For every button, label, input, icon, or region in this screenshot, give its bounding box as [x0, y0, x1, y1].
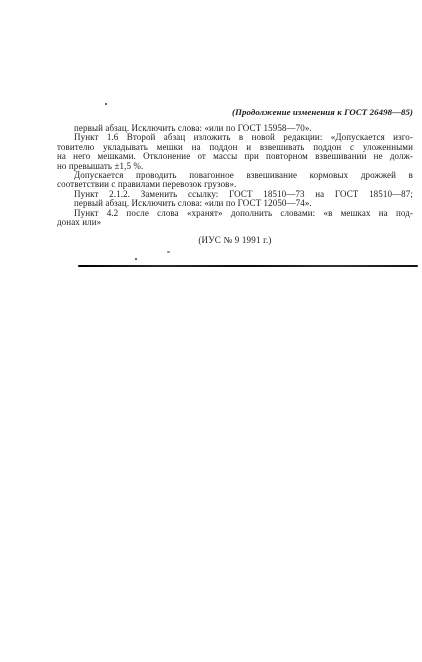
- source-note: (ИУС № 9 1991 г.): [57, 235, 413, 245]
- scanned-page: (Продолжение изменения к ГОСТ 26498—85) …: [0, 0, 422, 662]
- paragraph-line: Пункт 4.2 после слова «хранят» дополнить…: [57, 209, 413, 218]
- separator-rule: [78, 265, 418, 267]
- scan-speck: [105, 103, 107, 105]
- paragraph: Пункт 1.6 Второй абзац изложить в новой …: [57, 133, 413, 171]
- paragraph: Пункт 4.2 после слова «хранят» дополнить…: [57, 209, 413, 228]
- header-note: (Продолжение изменения к ГОСТ 26498—85): [57, 107, 413, 118]
- text-block: (Продолжение изменения к ГОСТ 26498—85) …: [57, 107, 413, 245]
- paragraph: Допускается проводить повагонное взвешив…: [57, 171, 413, 190]
- paragraph-line: донах или»: [57, 218, 413, 227]
- scan-speck: [167, 251, 170, 253]
- scan-speck: [135, 258, 137, 260]
